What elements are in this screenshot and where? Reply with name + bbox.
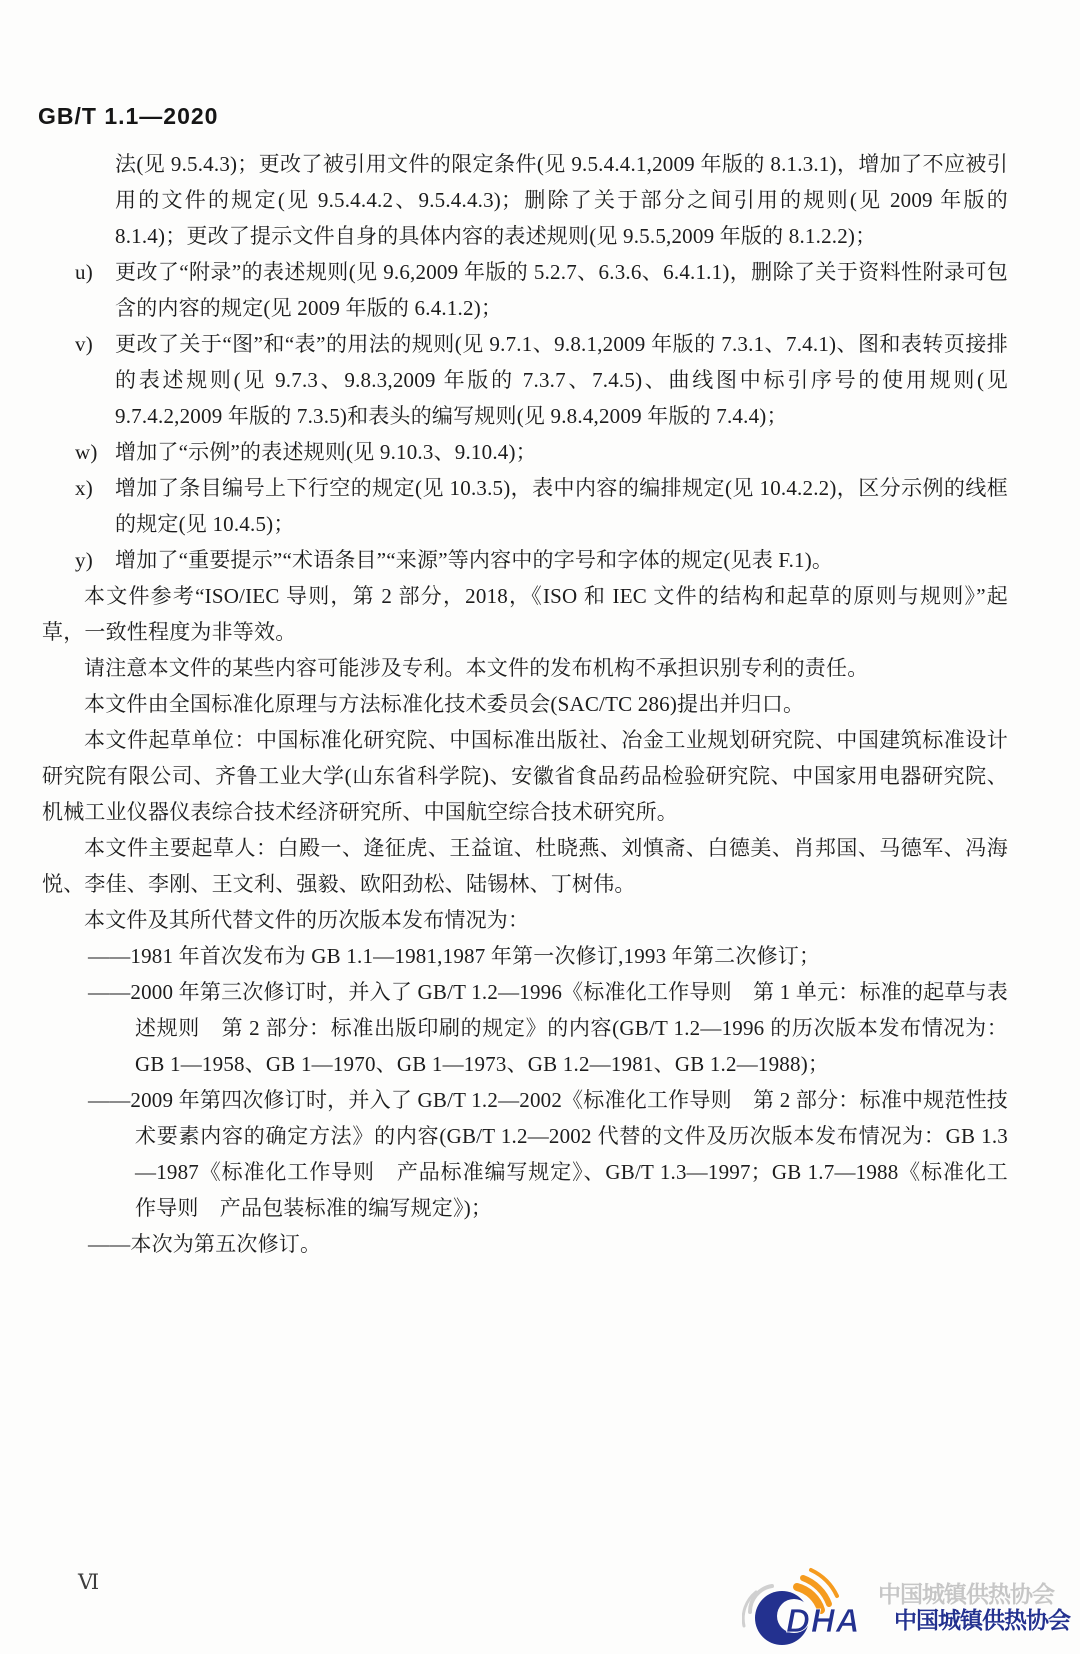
paragraph: 本文件由全国标准化原理与方法标准化技术委员会(SAC/TC 286)提出并归口。 — [42, 686, 1008, 722]
list-item-text: 更改了关于“图”和“表”的用法的规则(见 9.7.1、9.8.1,2009 年版… — [115, 332, 1008, 428]
list-item-marker: y) — [75, 542, 115, 578]
list-item: v) 更改了关于“图”和“表”的用法的规则(见 9.7.1、9.8.1,2009… — [42, 326, 1008, 434]
list-item: u) 更改了“附录”的表述规则(见 9.6,2009 年版的 5.2.7、6.3… — [42, 254, 1008, 326]
page-number: Ⅵ — [78, 1570, 100, 1595]
list-item-marker: w) — [75, 434, 115, 470]
cdha-emblem-icon: DHA — [742, 1566, 902, 1652]
page-content: 法(见 9.5.4.3)；更改了被引用文件的限定条件(见 9.5.4.4.1,2… — [42, 146, 1008, 1262]
revision-history-list: ——1981 年首次发布为 GB 1.1—1981,1987 年第一次修订,19… — [42, 938, 1008, 1262]
paragraph: 本文件及其所代替文件的历次版本发布情况为： — [42, 902, 1008, 938]
dash-item: ——2009 年第四次修订时，并入了 GB/T 1.2—2002《标准化工作导则… — [42, 1082, 1008, 1226]
dash-item: ——本次为第五次修订。 — [42, 1226, 1008, 1262]
list-item-text: 增加了“重要提示”“术语条目”“来源”等内容中的字号和字体的规定(见表 F.1)… — [115, 548, 833, 572]
paragraph: 请注意本文件的某些内容可能涉及专利。本文件的发布机构不承担识别专利的责任。 — [42, 650, 1008, 686]
list-item-text: 增加了“示例”的表述规则(见 9.10.3、9.10.4)； — [115, 440, 537, 464]
list-item: y) 增加了“重要提示”“术语条目”“来源”等内容中的字号和字体的规定(见表 F… — [42, 542, 1008, 578]
list-item-marker: v) — [75, 326, 115, 362]
paragraph: 本文件主要起草人：白殿一、逄征虎、王益谊、杜晓燕、刘慎斋、白德美、肖邦国、马德军… — [42, 830, 1008, 902]
logo-abbr-text: DHA — [786, 1602, 861, 1639]
dash-item: ——1981 年首次发布为 GB 1.1—1981,1987 年第一次修订,19… — [42, 938, 1008, 974]
list-item: w) 增加了“示例”的表述规则(见 9.10.3、9.10.4)； — [42, 434, 1008, 470]
list-item-text: 更改了“附录”的表述规则(见 9.6,2009 年版的 5.2.7、6.3.6、… — [115, 260, 1008, 320]
list-item: 法(见 9.5.4.3)；更改了被引用文件的限定条件(见 9.5.4.4.1,2… — [42, 146, 1008, 254]
list-item-text: 增加了条目编号上下行空的规定(见 10.3.5)，表中内容的编排规定(见 10.… — [115, 476, 1008, 536]
cdha-logo: 中国城镇供热协会 DHA 中国城镇供热协会 — [742, 1566, 1074, 1652]
dash-item: ——2000 年第三次修订时，并入了 GB/T 1.2—1996《标准化工作导则… — [42, 974, 1008, 1082]
document-page: GB/T 1.1—2020 法(见 9.5.4.3)；更改了被引用文件的限定条件… — [0, 0, 1080, 1654]
list-item: x) 增加了条目编号上下行空的规定(见 10.3.5)，表中内容的编排规定(见 … — [42, 470, 1008, 542]
list-item-marker: x) — [75, 470, 115, 506]
doc-code-header: GB/T 1.1—2020 — [38, 103, 218, 130]
logo-org-name: 中国城镇供热协会 — [894, 1602, 1070, 1635]
paragraph: 本文件起草单位：中国标准化研究院、中国标准出版社、冶金工业规划研究院、中国建筑标… — [42, 722, 1008, 830]
list-item-text: 法(见 9.5.4.3)；更改了被引用文件的限定条件(见 9.5.4.4.1,2… — [115, 152, 1008, 248]
list-item-marker: u) — [75, 254, 115, 290]
paragraph: 本文件参考“ISO/IEC 导则，第 2 部分，2018，《ISO 和 IEC … — [42, 578, 1008, 650]
